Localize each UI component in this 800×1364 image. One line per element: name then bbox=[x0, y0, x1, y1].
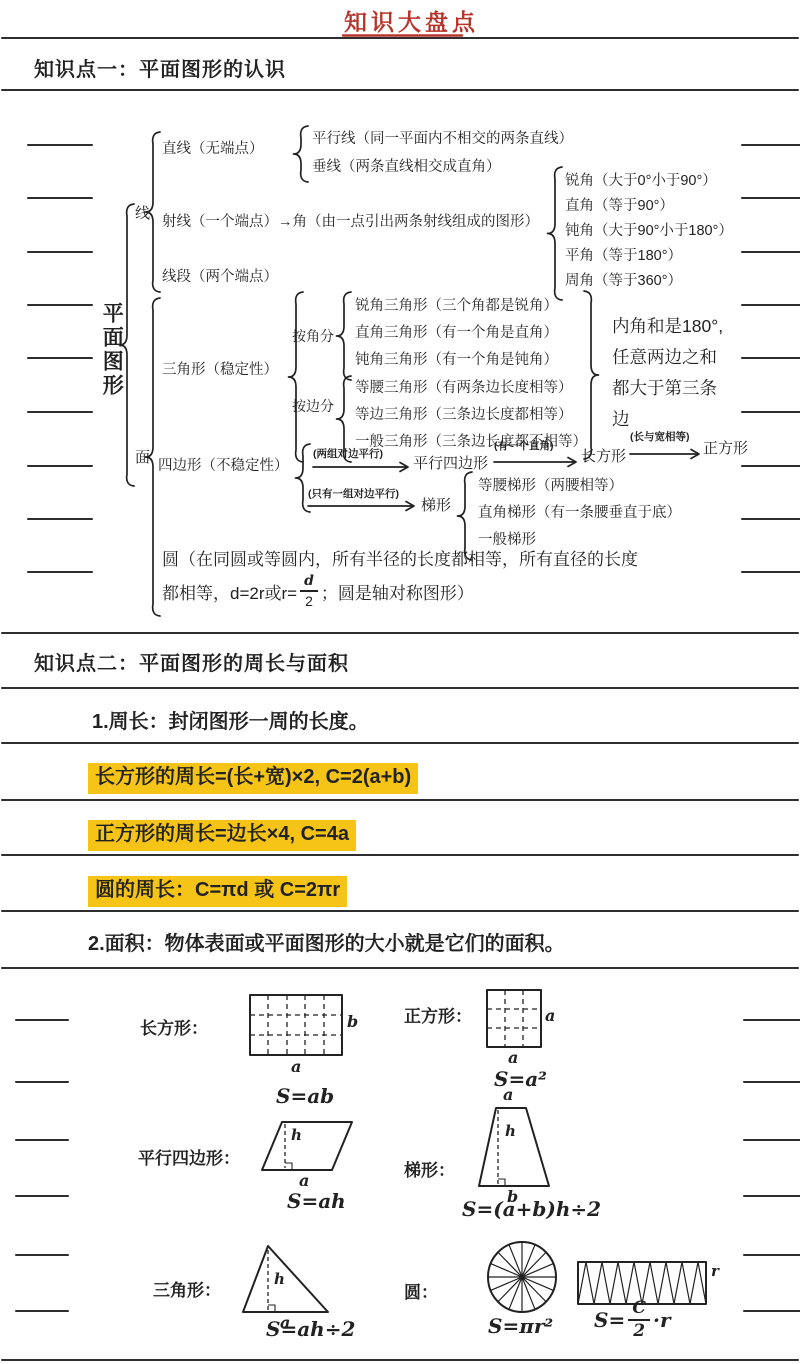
node-square: 正方形 bbox=[703, 440, 748, 459]
fraction-numerator: C bbox=[628, 1300, 650, 1319]
rectangle-side-b: b bbox=[347, 1012, 358, 1032]
section1-heading: 知识点一：平面图形的认识 bbox=[34, 58, 286, 83]
section2-heading: 知识点二：平面图形的周长与面积 bbox=[34, 652, 349, 677]
fraction-numerator: d bbox=[300, 574, 318, 590]
node-segment: 线段（两个端点） bbox=[162, 268, 278, 286]
trapezoid-diagram bbox=[479, 1108, 549, 1186]
formula-parallelogram-area: S=ah bbox=[287, 1189, 346, 1214]
node-right-triangle: 直角三角形（有一个角是直角） bbox=[355, 324, 558, 342]
triangle-note-line3: 都大于第三条 bbox=[612, 378, 717, 400]
perimeter-definition: 1.周长：封闭图形一周的长度。 bbox=[92, 710, 369, 735]
label-circle: 圆： bbox=[404, 1282, 438, 1303]
formula-square-area: S=a² bbox=[494, 1067, 547, 1092]
fraction-c-over-2: C 2 bbox=[628, 1300, 650, 1340]
formula-trapezoid-area: S=(a+b)h÷2 bbox=[462, 1197, 601, 1222]
node-parallelogram: 平行四边形 bbox=[413, 455, 488, 474]
node-straight-angle: 平角（等于180°） bbox=[565, 247, 682, 265]
parallelogram-base-a: a bbox=[299, 1171, 309, 1191]
condition-two-parallel-pairs: (两组对边平行) bbox=[313, 448, 383, 461]
formula-circle-area-alt: S= C 2 ·r bbox=[594, 1300, 671, 1340]
node-acute-angle: 锐角（大于0°小于90°） bbox=[565, 172, 717, 190]
circle-line2-post: ；圆是轴对称图形） bbox=[321, 579, 474, 604]
label-rectangle: 长方形： bbox=[140, 1018, 208, 1039]
label-parallelogram: 平行四边形： bbox=[138, 1148, 240, 1169]
fraction-denominator: 2 bbox=[628, 1319, 650, 1340]
trapezoid-height-h: h bbox=[505, 1122, 516, 1141]
triangle-diagram bbox=[243, 1246, 328, 1312]
node-obtuse-angle: 钝角（大于90°小于180°） bbox=[565, 222, 733, 240]
square-side-a-bottom: a bbox=[508, 1048, 518, 1068]
parallelogram-height-h: h bbox=[291, 1126, 302, 1145]
node-rectangle: 长方形 bbox=[581, 448, 626, 467]
parallelogram-diagram bbox=[262, 1122, 352, 1170]
triangle-note-line2: 任意两边之和 bbox=[612, 347, 717, 369]
shape-diagrams bbox=[243, 990, 706, 1312]
node-equilateral-triangle: 等边三角形（三条边长度都相等） bbox=[355, 406, 573, 424]
node-full-angle: 周角（等于360°） bbox=[565, 272, 682, 290]
label-trapezoid: 梯形： bbox=[404, 1160, 455, 1181]
label-by-side: 按边分 bbox=[292, 398, 334, 416]
rectangle-diagram bbox=[250, 995, 342, 1055]
circle-sectors bbox=[488, 1242, 556, 1312]
triangle-height-h: h bbox=[274, 1270, 285, 1289]
trapezoid-top-a: a bbox=[503, 1085, 513, 1105]
branch-face-label: 面 bbox=[135, 449, 150, 468]
label-triangle: 三角形： bbox=[153, 1280, 221, 1301]
node-circle-line1: 圆（在同圆或等圆内，所有半径的长度都相等，所有直径的长度 bbox=[162, 549, 638, 570]
condition-equal-sides: (长与宽相等) bbox=[630, 431, 690, 444]
node-right-trapezoid: 直角梯形（有一条腰垂直于底） bbox=[478, 504, 681, 522]
node-ray-angle: 射线（一个端点）→角（由一点引出两条射线组成的图形） bbox=[162, 213, 539, 231]
fraction-denominator: 2 bbox=[300, 590, 318, 608]
formula-circle-circumference: 圆的周长：C=πd 或 C=2πr bbox=[88, 876, 347, 907]
formula-rectangle-area: S=ab bbox=[276, 1084, 334, 1109]
square-side-a-right: a bbox=[545, 1006, 555, 1026]
branch-line-label: 线 bbox=[135, 205, 150, 224]
node-straight-line: 直线（无端点） bbox=[162, 140, 264, 158]
circle-line2-pre: 都相等，d=2r或r= bbox=[162, 579, 297, 604]
node-circle-line2: 都相等，d=2r或r= d 2 ；圆是轴对称图形） bbox=[162, 574, 474, 608]
formula-rectangle-perimeter: 长方形的周长=(长+宽)×2, C=2(a+b) bbox=[88, 763, 418, 794]
circle-alt-post: ·r bbox=[653, 1308, 671, 1332]
node-quadrilateral: 四边形（不稳定性） bbox=[158, 457, 289, 475]
node-triangle: 三角形（稳定性） bbox=[162, 361, 278, 379]
formula-triangle-area: S=ah÷2 bbox=[266, 1317, 355, 1342]
condition-one-right-angle: (有一个直角) bbox=[494, 440, 554, 453]
label-square: 正方形： bbox=[404, 1006, 472, 1027]
rectangle-side-a: a bbox=[291, 1057, 301, 1077]
square-diagram bbox=[487, 990, 541, 1047]
node-isosceles-trapezoid: 等腰梯形（两腰相等） bbox=[478, 477, 623, 495]
node-general-trapezoid: 一般梯形 bbox=[478, 531, 536, 549]
label-by-angle: 按角分 bbox=[292, 328, 334, 346]
rearranged-radius-r: r bbox=[711, 1262, 719, 1281]
area-definition: 2.面积：物体表面或平面图形的大小就是它们的面积。 bbox=[88, 932, 565, 957]
node-isosceles-triangle: 等腰三角形（有两条边长度相等） bbox=[355, 379, 573, 397]
node-obtuse-triangle: 钝角三角形（有一个角是钝角） bbox=[355, 351, 558, 369]
node-right-angle: 直角（等于90°） bbox=[565, 197, 674, 215]
triangle-note-line1: 内角和是180°, bbox=[612, 316, 723, 338]
tree-root: 平面图形 bbox=[98, 302, 124, 398]
node-perpendicular-lines: 垂线（两条直线相交成直角） bbox=[312, 158, 501, 176]
circle-alt-pre: S= bbox=[594, 1308, 625, 1332]
fraction-d-over-2: d 2 bbox=[300, 574, 318, 608]
condition-one-parallel-pair: (只有一组对边平行) bbox=[308, 488, 399, 501]
page-title: 知识大盘点 bbox=[344, 8, 479, 37]
node-acute-triangle: 锐角三角形（三个角都是锐角） bbox=[355, 297, 558, 315]
node-parallel-lines: 平行线（同一平面内不相交的两条直线） bbox=[312, 130, 573, 148]
circle-diagram bbox=[488, 1242, 556, 1312]
diagram-overlay bbox=[0, 0, 800, 1364]
node-trapezoid: 梯形 bbox=[421, 497, 451, 516]
notebook-page: 知识大盘点 知识点一：平面图形的认识 平面图形 线 直线（无端点） 平行线（同一… bbox=[0, 0, 800, 1364]
triangle-note-line4: 边 bbox=[612, 409, 630, 431]
formula-circle-area: S=πr² bbox=[488, 1314, 553, 1339]
formula-square-perimeter: 正方形的周长=边长×4, C=4a bbox=[88, 820, 356, 851]
